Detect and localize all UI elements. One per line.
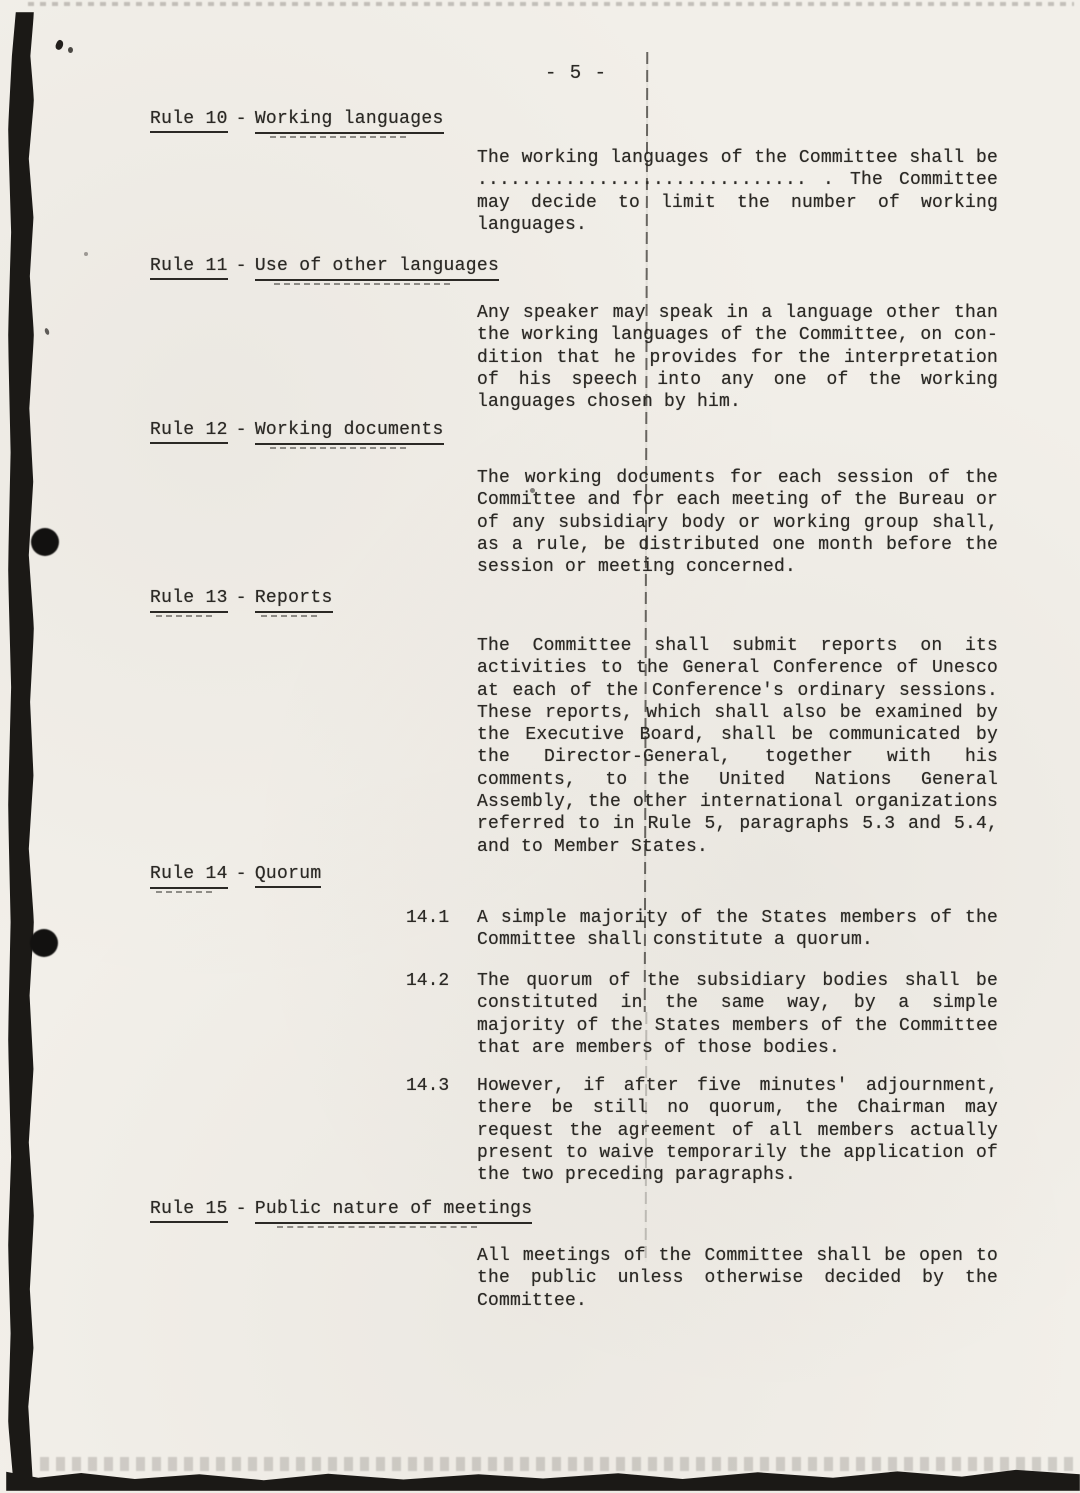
rule-number: Rule 14 <box>150 863 228 889</box>
item-number: 14.1 <box>406 907 477 952</box>
scanned-document-page: - 5 - Rule 10-Working languages The work… <box>0 0 1080 1493</box>
item-number: 14.2 <box>406 970 477 1059</box>
rule-title: Quorum <box>255 864 322 888</box>
item-text: The quorum of the subsidiary bodies shal… <box>477 970 998 1059</box>
rule-number: Rule 15 <box>150 1199 228 1223</box>
rule-14-item: 14.3 However, if after five minutes' adj… <box>406 1075 998 1186</box>
scan-bottom-smudge <box>40 1457 1080 1471</box>
heading-separator: - <box>236 864 247 884</box>
rule-13-heading: Rule 13-Reports <box>150 587 333 613</box>
ink-speck <box>68 47 73 53</box>
rule-12-paragraph: The working documents for each session o… <box>477 467 998 578</box>
rule-title: Reports <box>255 587 333 613</box>
heading-separator: - <box>236 420 247 440</box>
punch-hole-mark <box>31 528 59 556</box>
rule-11-heading: Rule 11-Use of other languages <box>150 255 499 281</box>
rule-title: Use of other languages <box>255 255 499 281</box>
ink-speck <box>44 328 50 336</box>
rule-number: Rule 13 <box>150 587 228 613</box>
heading-separator: - <box>236 1199 247 1219</box>
rule-14-heading: Rule 14-Quorum <box>150 863 321 889</box>
rule-number: Rule 12 <box>150 420 228 444</box>
item-number: 14.3 <box>406 1075 477 1186</box>
rule-14-item: 14.1 A simple majority of the States mem… <box>406 907 998 952</box>
rule-title: Working languages <box>255 108 444 134</box>
scan-top-edge <box>28 2 1074 6</box>
rule-13-paragraph: The Committee shall submit reports on it… <box>477 635 998 858</box>
rule-title: Public nature of meetings <box>255 1198 533 1224</box>
heading-separator: - <box>236 588 247 608</box>
scan-binding-edge <box>8 12 34 1480</box>
rule-number: Rule 10 <box>150 109 228 133</box>
rule-number: Rule 11 <box>150 256 228 280</box>
heading-separator: - <box>236 109 247 129</box>
rule-11-paragraph: Any speaker may speak in a language othe… <box>477 302 998 413</box>
rule-15-heading: Rule 15-Public nature of meetings <box>150 1198 532 1224</box>
page-number: - 5 - <box>545 62 607 84</box>
rule-10-paragraph: The working languages of the Committee s… <box>477 147 998 236</box>
item-text: A simple majority of the States members … <box>477 907 998 952</box>
punch-hole-mark <box>30 929 58 957</box>
ink-speck <box>54 39 65 51</box>
rule-10-heading: Rule 10-Working languages <box>150 108 444 134</box>
rule-14-item: 14.2 The quorum of the subsidiary bodies… <box>406 970 998 1059</box>
ink-speck <box>84 252 88 256</box>
rule-title: Working documents <box>255 419 444 445</box>
rule-12-heading: Rule 12-Working documents <box>150 419 444 445</box>
rule-15-paragraph: All meetings of the Committee shall be o… <box>477 1245 998 1312</box>
heading-separator: - <box>236 256 247 276</box>
item-text: However, if after five minutes' adjournm… <box>477 1075 998 1186</box>
